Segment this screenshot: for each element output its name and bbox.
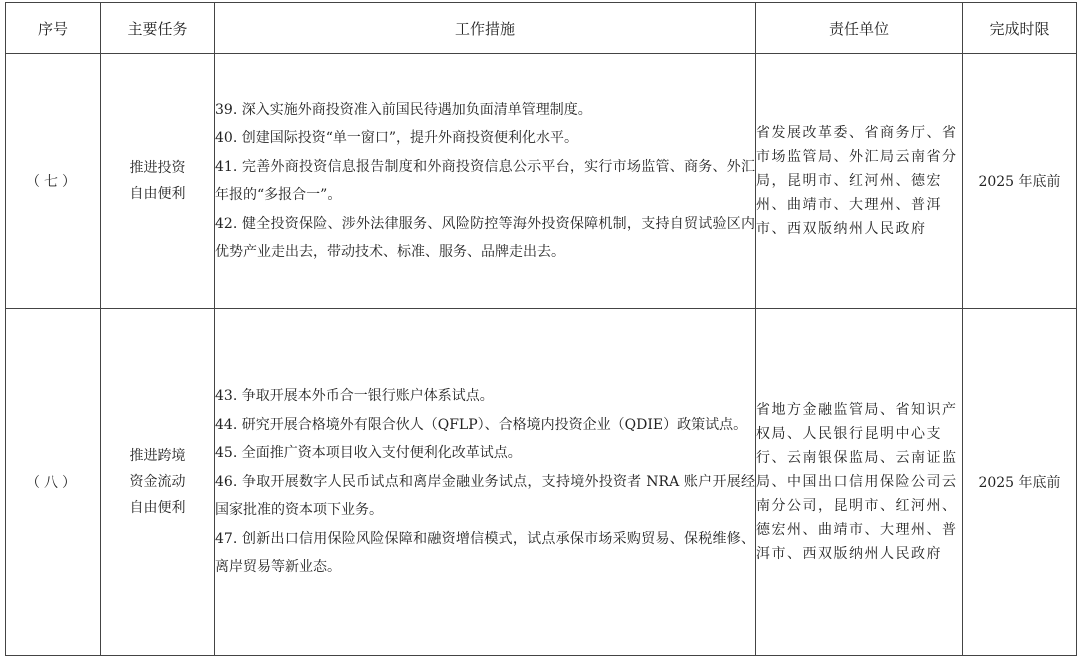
header-units: 责任单位 (756, 3, 963, 54)
measure-item: 45. 全面推广资本项目收入支付便利化改革试点。 (215, 439, 755, 468)
table-row: （八） 推进跨境 资金流动 自由便利 43. 争取开展本外币合一银行账户体系试点… (6, 309, 1077, 656)
measure-item: 42. 健全投资保险、涉外法律服务、风险防控等海外投资保障机制，支持自贸试验区内… (215, 210, 755, 267)
row-num: （八） (6, 309, 101, 656)
task-table: 序号 主要任务 工作措施 责任单位 完成时限 （七） 推进投资 自由便利 39.… (5, 2, 1077, 656)
header-task: 主要任务 (101, 3, 215, 54)
row-deadline: 2025 年底前 (963, 54, 1077, 309)
table-row: （七） 推进投资 自由便利 39. 深入实施外商投资准入前国民待遇加负面清单管理… (6, 54, 1077, 309)
task-line: 自由便利 (101, 181, 214, 207)
row-task: 推进投资 自由便利 (101, 54, 215, 309)
header-num: 序号 (6, 3, 101, 54)
row-measures: 39. 深入实施外商投资准入前国民待遇加负面清单管理制度。 40. 创建国际投资… (215, 54, 756, 309)
row-num: （七） (6, 54, 101, 309)
header-measures: 工作措施 (215, 3, 756, 54)
measure-item: 41. 完善外商投资信息报告制度和外商投资信息公示平台，实行市场监管、商务、外汇… (215, 153, 755, 210)
measure-item: 44. 研究开展合格境外有限合伙人（QFLP）、合格境内投资企业（QDIE）政策… (215, 411, 755, 440)
task-line: 推进投资 (101, 155, 214, 181)
measure-item: 47. 创新出口信用保险风险保障和融资增信模式，试点承保市场采购贸易、保税维修、… (215, 525, 755, 582)
measure-item: 43. 争取开展本外币合一银行账户体系试点。 (215, 382, 755, 411)
row-units: 省地方金融监管局、省知识产权局、人民银行昆明中心支行、云南银保监局、云南证监局、… (756, 309, 963, 656)
task-line: 自由便利 (101, 495, 214, 521)
row-deadline: 2025 年底前 (963, 309, 1077, 656)
row-units: 省发展改革委、省商务厅、省市场监管局、外汇局云南省分局，昆明市、红河州、德宏州、… (756, 54, 963, 309)
row-measures: 43. 争取开展本外币合一银行账户体系试点。 44. 研究开展合格境外有限合伙人… (215, 309, 756, 656)
measure-item: 40. 创建国际投资“单一窗口”，提升外商投资便利化水平。 (215, 124, 755, 153)
header-deadline: 完成时限 (963, 3, 1077, 54)
row-task: 推进跨境 资金流动 自由便利 (101, 309, 215, 656)
header-row: 序号 主要任务 工作措施 责任单位 完成时限 (6, 3, 1077, 54)
task-line: 资金流动 (101, 469, 214, 495)
measure-item: 39. 深入实施外商投资准入前国民待遇加负面清单管理制度。 (215, 96, 755, 125)
task-line: 推进跨境 (101, 443, 214, 469)
measure-item: 46. 争取开展数字人民币试点和离岸金融业务试点，支持境外投资者 NRA 账户开… (215, 468, 755, 525)
